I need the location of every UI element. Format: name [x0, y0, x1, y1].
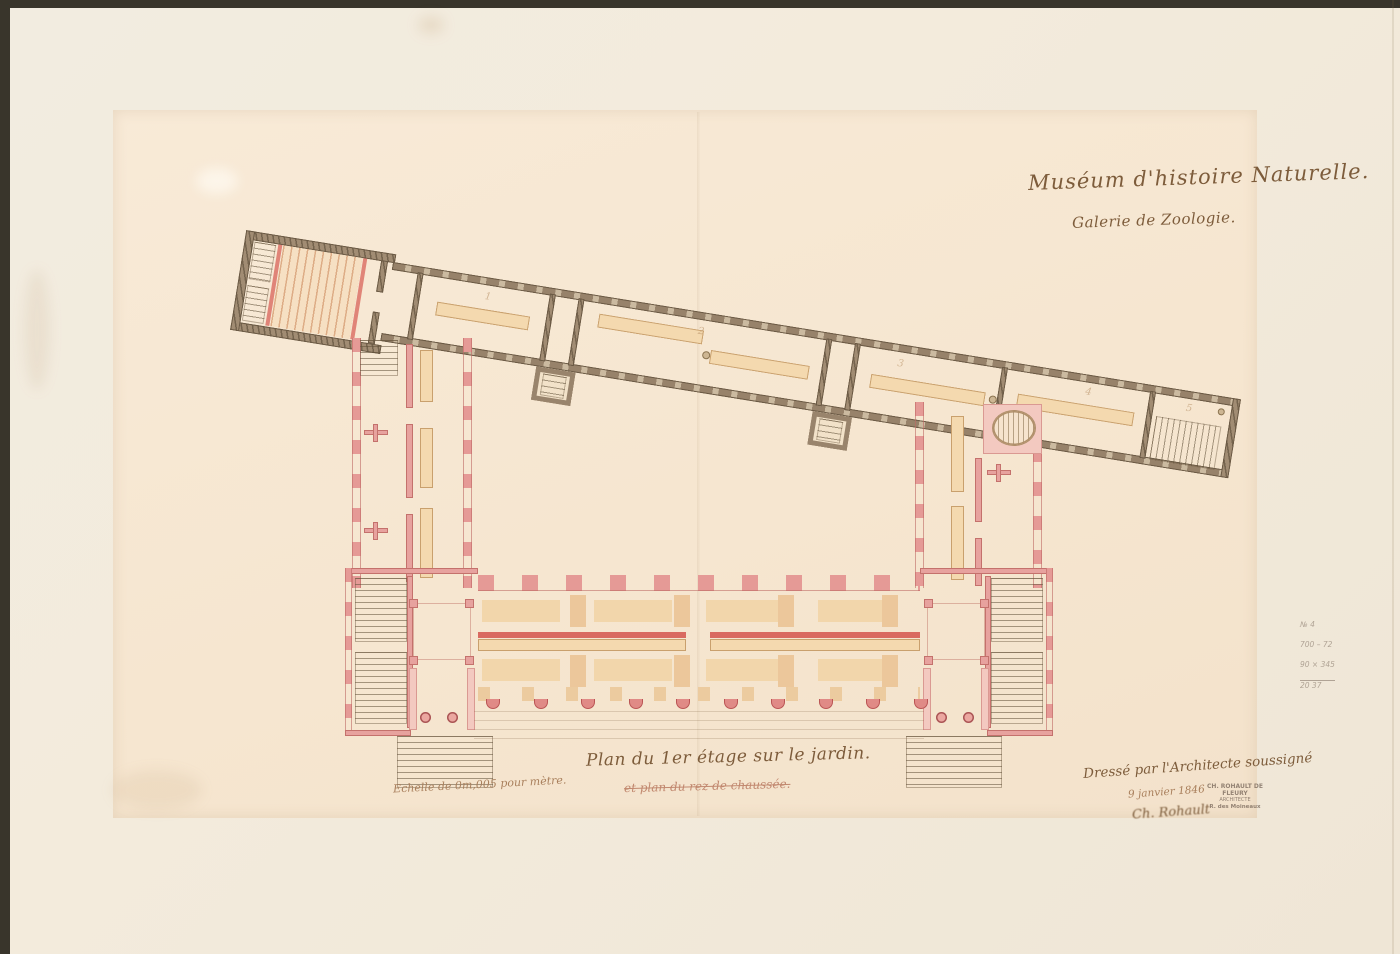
- south-gallery-spine-case-west: [478, 639, 686, 651]
- sw-hall-pier-2: [465, 599, 474, 608]
- east-wing-courtyard-wall: [915, 402, 924, 588]
- west-wing-case-a: [420, 350, 433, 402]
- pencil-note-2: 700 – 72: [1300, 640, 1335, 650]
- south-gallery-courtyard-piers: [478, 575, 920, 591]
- west-wing-spine-b: [406, 424, 413, 498]
- sw-porch-wall-left: [409, 668, 417, 730]
- sw-central-hall: [413, 603, 471, 660]
- bottom-stain: [112, 770, 202, 810]
- west-wing-courtyard-wall: [463, 338, 472, 588]
- east-wing-oval-stair: [993, 411, 1035, 445]
- cross-wall-3b: [844, 343, 861, 411]
- pencil-note-3: 90 × 345: [1300, 660, 1335, 670]
- stamp-line-2: ARCHITECTE: [1194, 797, 1276, 804]
- sw-porch-column-1: [420, 712, 431, 723]
- se-central-hall: [927, 603, 985, 660]
- south-gallery-spine-red-west: [478, 632, 686, 638]
- east-wing: [915, 402, 1042, 588]
- east-wing-pier-cross-v: [996, 464, 1001, 482]
- se-hall-pier-2: [980, 599, 989, 608]
- pencil-notes: № 4 700 – 72 90 × 345 20 37: [1300, 610, 1335, 701]
- east-wing-case-a: [951, 416, 964, 492]
- se-hall-pier-4: [980, 656, 989, 665]
- top-stain: [418, 16, 444, 34]
- west-wing: [352, 338, 472, 588]
- se-entrance-steps: [906, 736, 1002, 788]
- pencil-note-1: № 4: [1300, 620, 1335, 630]
- se-pavilion-wall-top: [920, 568, 1053, 574]
- room-number-2: 2: [697, 326, 705, 338]
- sw-pavilion-wall-top: [345, 568, 478, 574]
- south-gallery-column-bases: [478, 699, 936, 709]
- west-wing-pier-cross-1v: [373, 424, 378, 442]
- architect-stamp: CH. ROHAULT DE FLEURY ARCHITECTE R. des …: [1194, 783, 1276, 811]
- sheet-edge-line: [1392, 0, 1394, 954]
- room-number-3: 3: [896, 358, 904, 370]
- sw-pavilion-wall-left: [345, 568, 352, 736]
- south-gallery-case-uprights-upper: [482, 595, 916, 627]
- south-gallery: [478, 575, 920, 743]
- sw-hall-pier-1: [409, 599, 418, 608]
- se-pavilion-wall-right: [1046, 568, 1053, 736]
- se-hall-pier-1: [924, 599, 933, 608]
- paper-scuff: [196, 168, 238, 194]
- se-stair-flight-2: [991, 652, 1043, 724]
- cross-wall-2b: [568, 298, 585, 366]
- pavilion-stair-lower: [242, 285, 269, 324]
- display-case-room1: [435, 302, 530, 331]
- west-wing-spine-a: [406, 344, 413, 408]
- pavilion-inner-wall-a: [376, 260, 388, 293]
- room-number-5: 5: [1185, 403, 1193, 415]
- se-porch-wall-right: [981, 668, 989, 730]
- southwest-pavilion: [345, 568, 478, 790]
- sw-stair-flight-1: [355, 578, 407, 642]
- sw-hall-pier-4: [465, 656, 474, 665]
- se-stair-flight-1: [991, 578, 1043, 642]
- west-wing-pier-cross-2v: [373, 522, 378, 540]
- sw-porch-column-2: [447, 712, 458, 723]
- south-gallery-spine-case-east: [710, 639, 920, 651]
- south-gallery-case-uprights-lower: [482, 655, 916, 687]
- amphitheatre-steps: [270, 245, 362, 339]
- sw-hall-pier-3: [409, 656, 418, 665]
- east-wing-spine-a: [975, 458, 982, 522]
- stamp-line-1: CH. ROHAULT DE FLEURY: [1194, 783, 1276, 797]
- sw-stair-flight-2: [355, 652, 407, 724]
- garden-terrace-steps: [474, 711, 924, 743]
- west-wing-case-b: [420, 428, 433, 488]
- se-hall-pier-3: [924, 656, 933, 665]
- cross-wall-2a: [539, 293, 556, 361]
- vestibule-stair-east: [816, 418, 843, 444]
- se-porch-column-1: [936, 712, 947, 723]
- margin-stain: [24, 270, 50, 390]
- display-case-room2b: [709, 350, 810, 380]
- scanned-drawing-page: 1 2 3 4 5: [0, 0, 1400, 954]
- display-case-room2a: [597, 314, 704, 345]
- room-number-4: 4: [1084, 386, 1092, 398]
- south-gallery-spine-red-east: [710, 632, 920, 638]
- cross-wall-1: [407, 272, 424, 340]
- southeast-pavilion: [920, 568, 1053, 790]
- west-wing-stair: [360, 340, 398, 376]
- stamp-line-3: R. des Moineaux: [1194, 804, 1276, 811]
- se-porch-column-2: [963, 712, 974, 723]
- column-dot-3: [1217, 408, 1225, 416]
- room-number-1: 1: [484, 291, 492, 303]
- vestibule-stair-west: [540, 373, 567, 399]
- cross-wall-3a: [816, 338, 833, 406]
- pencil-note-4: 20 37: [1300, 680, 1335, 691]
